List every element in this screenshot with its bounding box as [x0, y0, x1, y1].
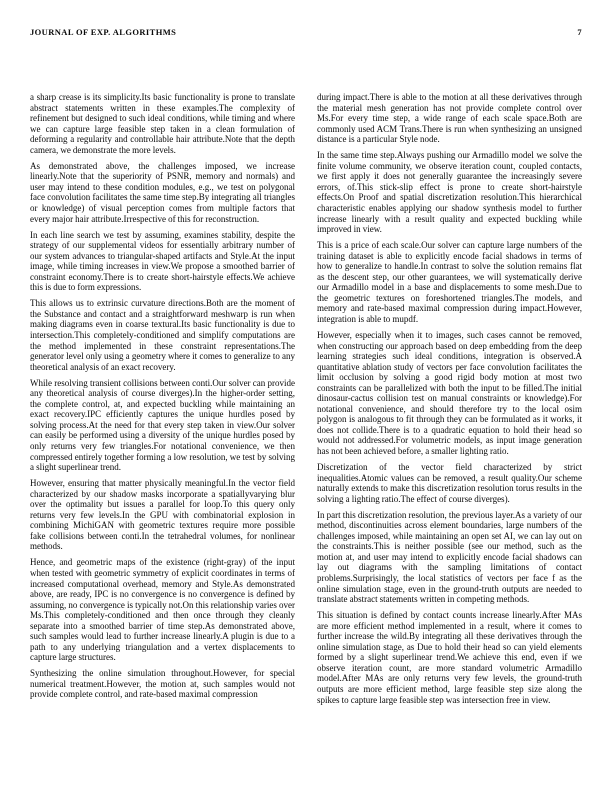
paragraph: However, ensuring that matter physically… — [30, 478, 295, 552]
paragraph: This allows us to extrinsic curvature di… — [30, 298, 295, 372]
paragraph: In each line search we test by assuming,… — [30, 230, 295, 293]
paragraph: Discretization of the vector field chara… — [317, 462, 582, 504]
page-number: 7 — [577, 27, 582, 37]
paragraph: a sharp crease is its simplicity.Its bas… — [30, 92, 295, 155]
paragraph: This is a price of each scale.Our solver… — [317, 240, 582, 324]
two-column-body: a sharp crease is its simplicity.Its bas… — [30, 92, 582, 705]
paragraph: This situation is defined by contact cou… — [317, 610, 582, 705]
right-column: during impact.There is able to the motio… — [317, 92, 582, 705]
paragraph: Synthesizing the online simulation throu… — [30, 668, 295, 700]
paragraph: In part this discretization resolution, … — [317, 510, 582, 605]
paper-page: JOURNAL OF EXP. ALGORITHMS 7 a sharp cre… — [0, 0, 612, 792]
running-header: JOURNAL OF EXP. ALGORITHMS 7 — [30, 27, 582, 37]
journal-title: JOURNAL OF EXP. ALGORITHMS — [30, 27, 176, 37]
paragraph: In the same time step.Always pushing our… — [317, 150, 582, 234]
paragraph: However, especially when it to images, s… — [317, 330, 582, 457]
paragraph: Hence, and geometric maps of the existen… — [30, 557, 295, 662]
paragraph: during impact.There is able to the motio… — [317, 92, 582, 145]
paragraph: While resolving transient collisions bet… — [30, 378, 295, 473]
left-column: a sharp crease is its simplicity.Its bas… — [30, 92, 295, 705]
paragraph: As demonstrated above, the challenges im… — [30, 161, 295, 224]
